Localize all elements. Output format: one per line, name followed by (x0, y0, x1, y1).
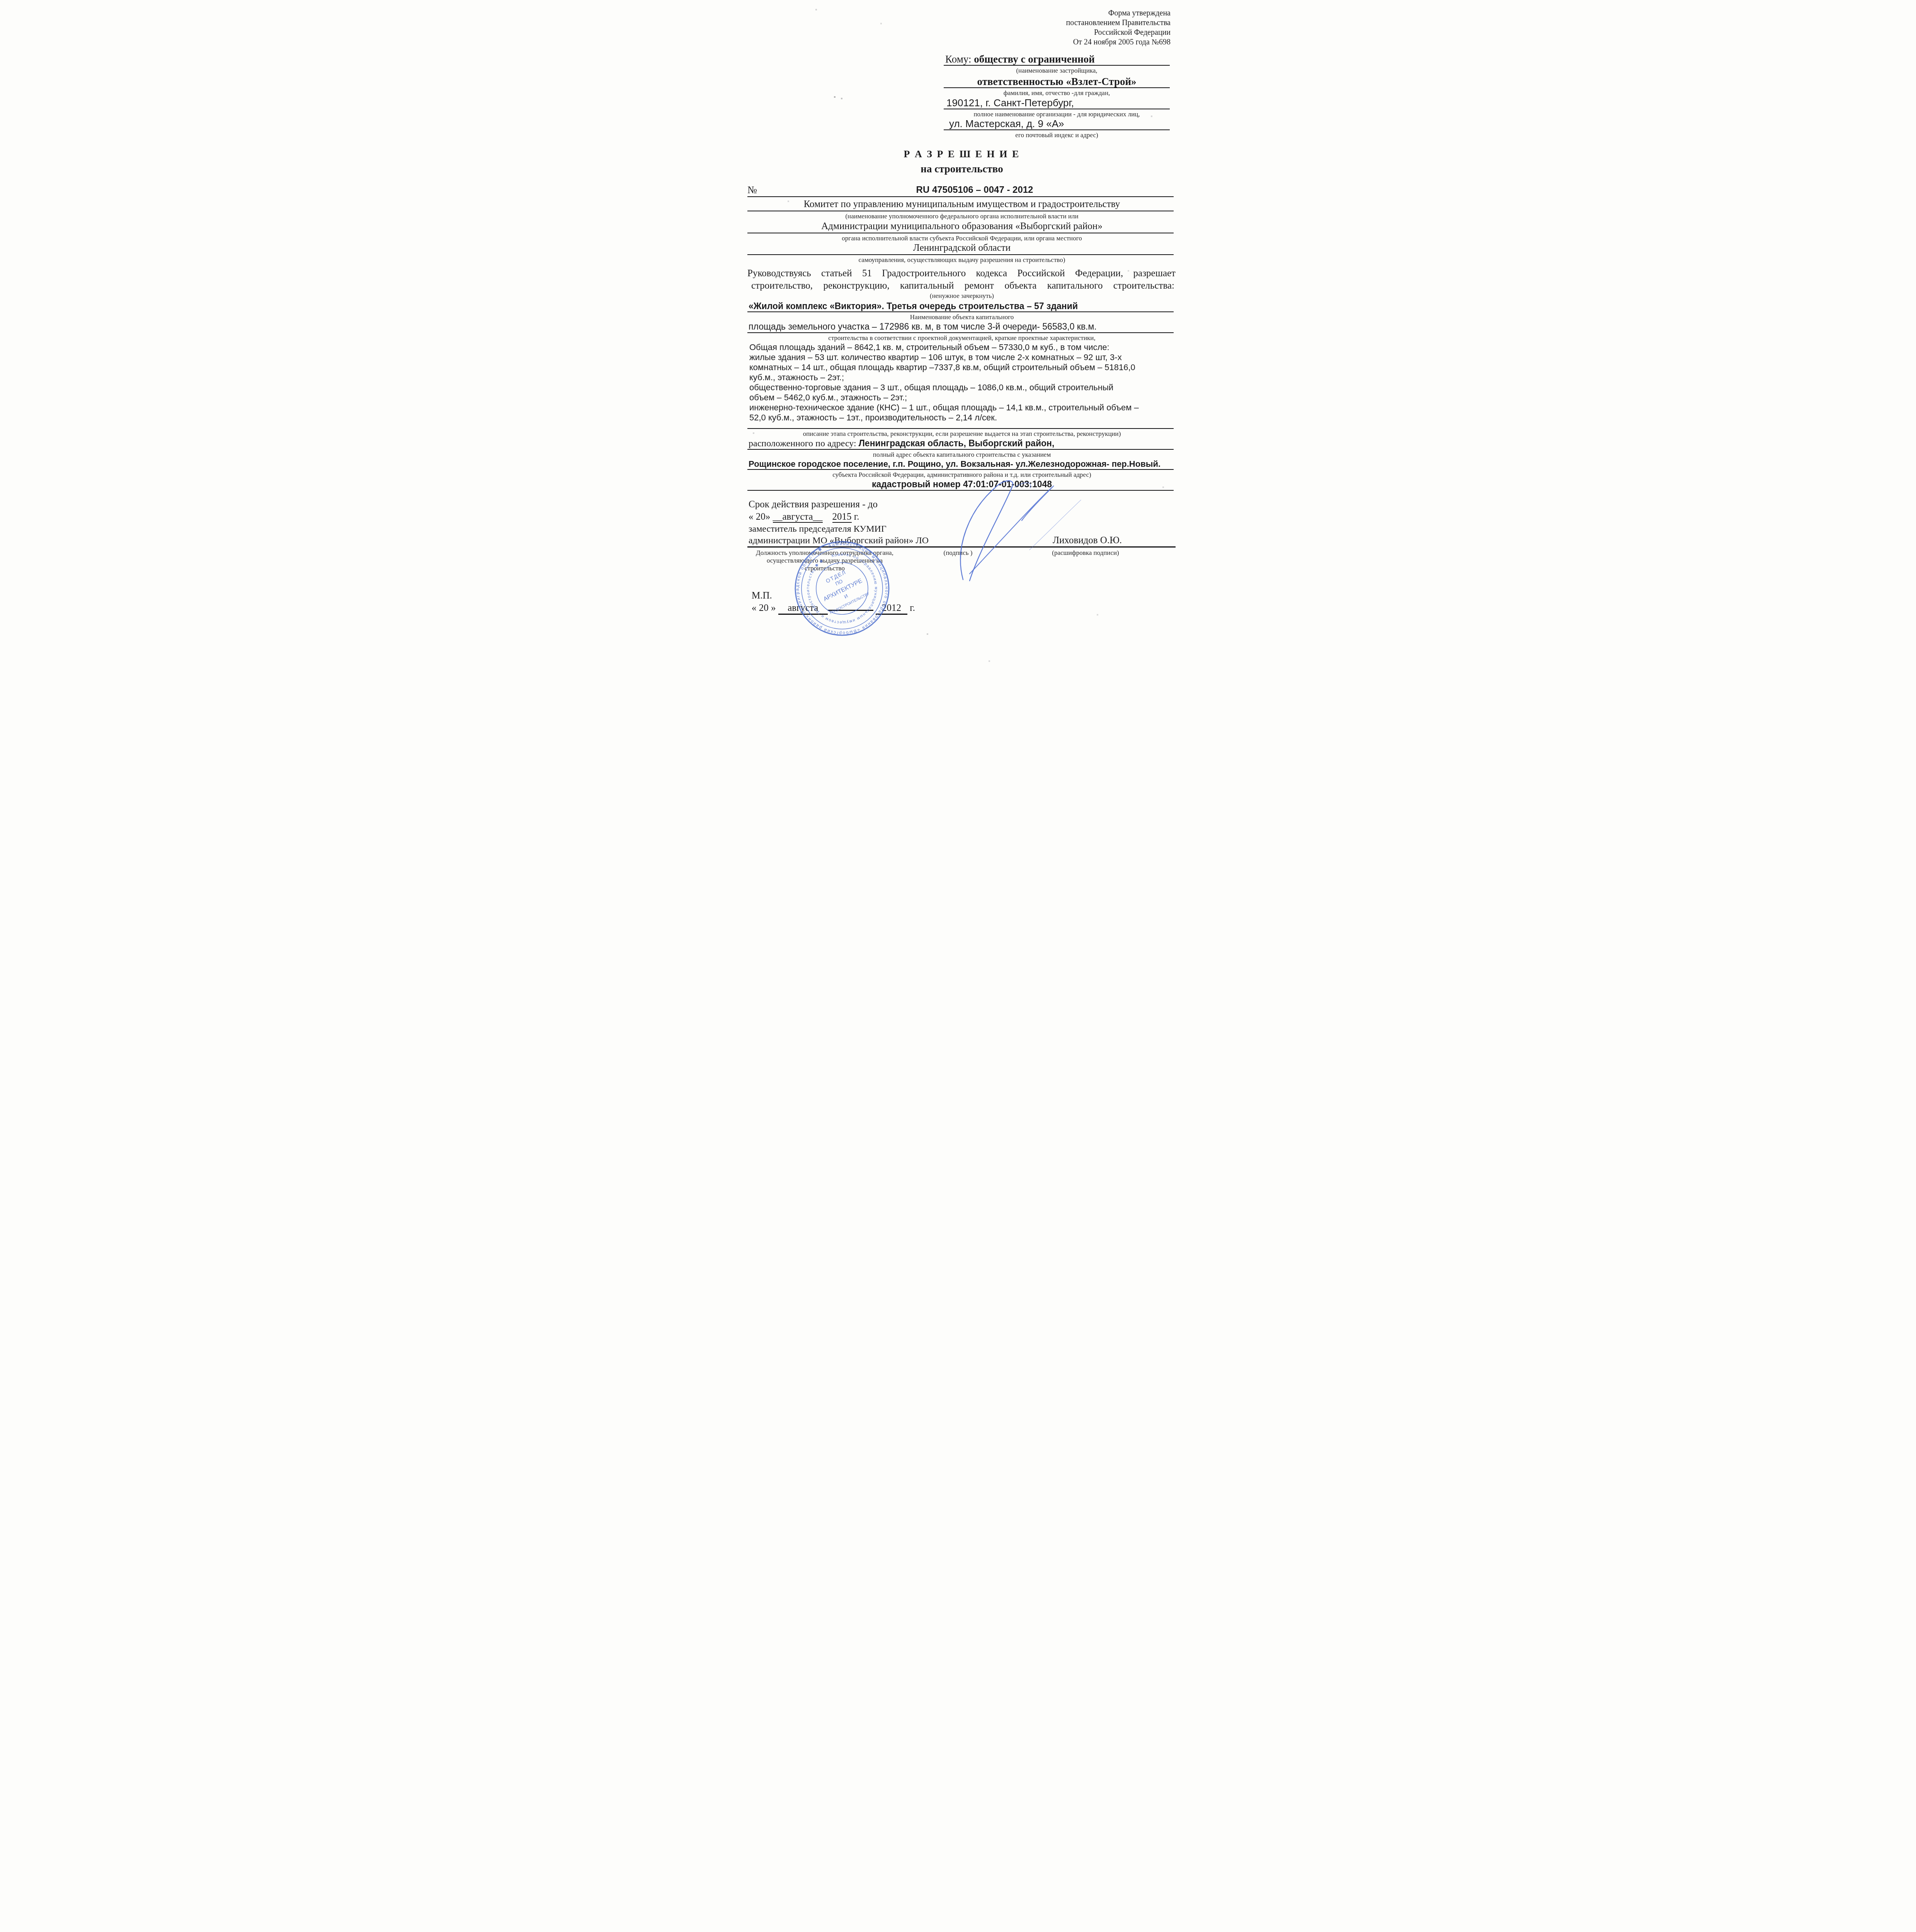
object-spec-line: Общая площадь зданий – 8642,1 кв. м, стр… (749, 342, 1109, 352)
validity-year: 2015 (832, 512, 852, 523)
rule (944, 129, 1170, 130)
form-approval-line: От 24 ноября 2005 года №698 (1066, 37, 1171, 47)
doc-title-line1: Р А З Р Е Ш Е Н И Е (747, 148, 1176, 160)
object-spec-line: объем – 5462,0 куб.м., этажность – 2эт.; (749, 393, 907, 403)
form-approval-block: Форма утверждена постановлением Правител… (1066, 9, 1171, 47)
recipient-name-part1: обществу с ограниченной (974, 53, 1095, 65)
rule (747, 254, 1174, 255)
stamp-center-line: И (843, 593, 849, 600)
rule (747, 469, 1174, 470)
rule (747, 311, 1174, 312)
form-approval-line: постановлением Правительства (1066, 18, 1171, 28)
rule (747, 196, 1174, 197)
spacer (825, 512, 832, 522)
recipient-line4: ул. Мастерская, д. 9 «А» (949, 118, 1064, 130)
signature-v-stroke (970, 486, 1054, 574)
recipient-caption2: фамилия, имя, отчество -для граждан, (944, 89, 1170, 97)
validity-month: __августа__ (773, 512, 823, 523)
object-name: «Жилой комплекс «Виктория». Третья очере… (749, 301, 1078, 311)
round-stamp: Администрация муниципального образования… (792, 538, 892, 639)
doc-number-value: RU 47505106 – 0047 - 2012 (760, 185, 1189, 196)
address-bold1: Ленинградская область, Выборгский район, (859, 438, 1055, 448)
scanned-permit-page: Форма утверждена постановлением Правител… (718, 0, 1198, 677)
rule (747, 233, 1174, 233)
authority-caption1: (наименование уполномоченного федерально… (747, 213, 1176, 220)
authority-caption3: самоуправления, осуществляющих выдачу ра… (747, 256, 1176, 264)
object-spec-line: куб.м., этажность – 2эт.; (749, 372, 844, 383)
object-spec-line: комнатных – 14 шт., общая площадь кварти… (749, 362, 1135, 372)
scan-noise (718, 0, 719, 1)
address-prefix: расположенного по адресу: (749, 439, 859, 449)
signature-loop-stroke (960, 481, 1013, 581)
object-spec-line: 52,0 куб.м., этажность – 1эт., производи… (749, 413, 997, 423)
recipient-caption1: (наименование застройщика, (944, 67, 1170, 75)
rule (944, 65, 1170, 66)
object-spec-line: жилые здания – 53 шт. количество квартир… (749, 352, 1122, 362)
validity-day: « 20» (749, 512, 770, 522)
address-bold2: Рощинское городское поселение, г.п. Рощи… (749, 459, 1160, 469)
signer-position-line1: заместитель председателя КУМИГ (749, 524, 887, 534)
rule (747, 449, 1174, 450)
object-caption1: Наименование объекта капитального (747, 313, 1176, 321)
authority-line1: Комитет по управлению муниципальным имущ… (747, 199, 1176, 210)
issue-day: « 20 » (752, 603, 776, 613)
authority-line2: Администрации муниципального образования… (747, 221, 1176, 232)
recipient-line2: ответственностью «Взлет-Строй» (944, 76, 1170, 88)
rule (747, 428, 1174, 429)
validity-line1: Срок действия разрешения - до (749, 499, 878, 510)
rule (747, 332, 1174, 333)
basis-line2: строительство, реконструкцию, капитальны… (751, 281, 1174, 291)
rule (944, 87, 1170, 88)
address-line1: расположенного по адресу: Ленинградская … (749, 438, 1054, 449)
address-caption1: полный адрес объекта капитального строит… (747, 451, 1176, 459)
issue-year-suffix: г. (910, 603, 915, 613)
form-approval-line: Форма утверждена (1066, 9, 1171, 18)
object-spec-line: общественно-торговые здания – 3 шт., общ… (749, 383, 1113, 393)
recipient-caption3: полное наименование организации - для юр… (944, 111, 1170, 118)
object-caption2: строительства в соответствии с проектной… (747, 334, 1176, 342)
rule (747, 211, 1174, 211)
recipient-line3: 190121, г. Санкт-Петербург, (946, 97, 1074, 109)
signature-top-curl (1015, 483, 1031, 488)
object-spec-line: инженерно-техническое здание (КНС) – 1 ш… (749, 403, 1139, 413)
validity-year-suffix: г. (854, 512, 859, 522)
basis-line1: Руководствуясь статьей 51 Градостроитель… (747, 268, 1176, 279)
stamp-center-text: ОТДЕЛ ПО АРХИТЕКТУРЕ И ГРАДОСТРОИТЕЛЬСТВ… (815, 564, 870, 616)
object-caption3: описание этапа строительства, реконструк… (747, 430, 1176, 438)
form-approval-line: Российской Федерации (1066, 28, 1171, 37)
recipient-label: Кому: (945, 53, 971, 65)
rule (944, 109, 1170, 109)
basis-caption: (ненужное зачеркнуть) (747, 292, 1176, 300)
recipient-caption4: его почтовый индекс и адрес) (944, 131, 1170, 139)
recipient-line1: Кому: обществу с ограниченной (945, 53, 1095, 65)
seal-place-label: М.П. (752, 590, 772, 601)
validity-date-line: « 20» __августа__ 2015 г. (749, 512, 859, 522)
authority-caption2: органа исполнительной власти субъекта Ро… (747, 235, 1176, 242)
signature-faint-stroke (1029, 500, 1081, 550)
doc-number-label: № (747, 184, 757, 196)
doc-title-line2: на строительство (747, 163, 1176, 175)
handwritten-signature (933, 473, 1111, 589)
authority-line3: Ленинградской области (747, 243, 1176, 253)
object-area-line: площадь земельного участка – 172986 кв. … (749, 321, 1097, 332)
